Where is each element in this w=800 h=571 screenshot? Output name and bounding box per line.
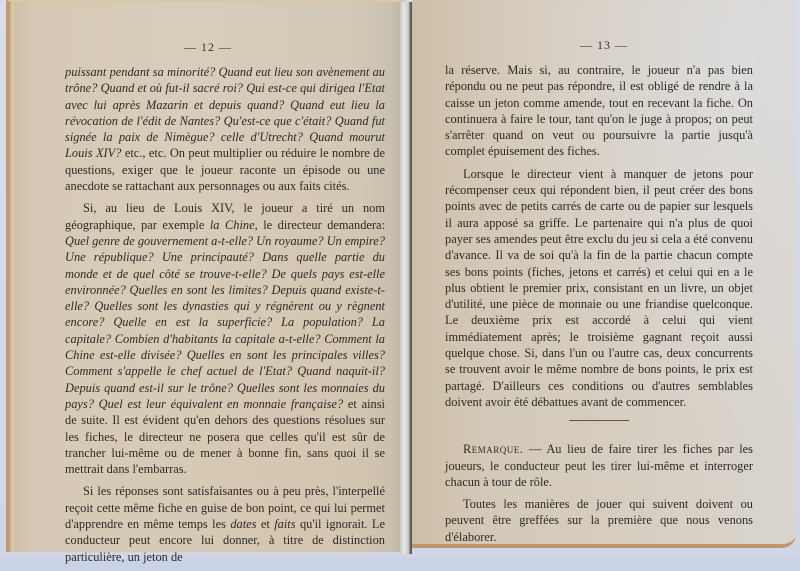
italic-text: Quel genre de gouvernement a-t-elle? Un … [65,234,385,411]
paragraph: la réserve. Mais si, au contraire, le jo… [445,62,753,160]
book-spread: — 12 — puissant pendant sa minorité? Qua… [0,0,800,558]
paragraph: Lorsque le directeur vient à manquer de … [445,166,753,410]
page-number: — 13 — [412,38,796,53]
italic-text: la Chine [210,218,255,232]
paragraph: Si les réponses sont satisfaisantes ou à… [65,483,385,558]
text: et [256,517,274,531]
paragraph: Si, au lieu de Louis XIV, le joueur a ti… [65,200,385,477]
left-page: — 12 — puissant pendant sa minorité? Qua… [6,0,406,552]
remarque-paragraph: Remarque. — Au lieu de faire tirer les f… [445,441,753,490]
book-gutter [400,2,412,554]
page-number: — 12 — [10,40,406,55]
paragraph: Toutes les manières de jouer qui suivent… [445,496,753,545]
text: , le directeur demandera: [255,218,385,232]
italic-text: dates [230,517,256,531]
left-page-text: puissant pendant sa minorité? Quand eut … [65,64,385,558]
section-divider [569,420,629,421]
paragraph: puissant pendant sa minorité? Quand eut … [65,64,385,194]
right-page: — 13 — la réserve. Mais si, au contraire… [412,0,796,548]
remarque-label: Remarque. [463,442,523,456]
right-page-text: la réserve. Mais si, au contraire, le jo… [445,62,753,551]
italic-text: faits [274,517,295,531]
